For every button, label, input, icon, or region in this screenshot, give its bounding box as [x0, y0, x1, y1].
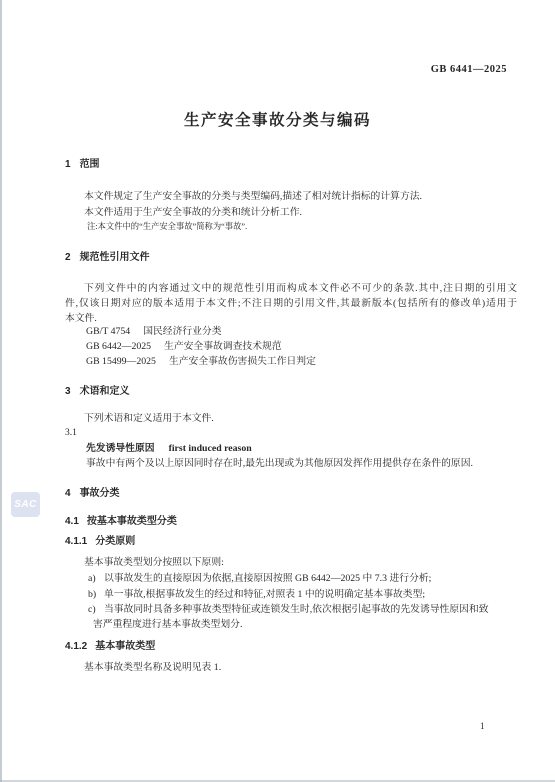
- list-item-text: 单一事故,根据事故发生的经过和特征,对照表 1 中的说明确定基本事故类型;: [104, 589, 425, 600]
- section-number: 4: [65, 488, 71, 499]
- term-chinese: 先发诱导性原因: [86, 443, 155, 454]
- reference-code: GB/T 4754: [86, 326, 130, 337]
- normative-refs-line-3: 本文件.: [65, 312, 517, 325]
- page-number: 1: [480, 720, 485, 732]
- scope-paragraph-1: 本文件规定了生产安全事故的分类与类型编码,描述了相对统计指标的计算方法.: [65, 190, 517, 203]
- reference-item: GB/T 4754国民经济行业分类: [86, 325, 222, 338]
- reference-item: GB 15499—2025生产安全事故伤害损失工作日判定: [86, 355, 316, 368]
- section-4-1-1-heading: 4.1.1分类原则: [65, 535, 135, 548]
- section-4-1-2-heading: 4.1.2基本事故类型: [65, 640, 155, 653]
- list-item-a: a)以事故发生的直接原因为依据,直接原因按照 GB 6442—2025 中 7.…: [88, 572, 518, 585]
- list-item-label: b): [88, 588, 104, 601]
- sac-watermark-text: SAC: [14, 499, 37, 510]
- principles-intro: 基本事故类型划分按照以下原则:: [65, 556, 517, 569]
- section-4-1-heading: 4.1按基本事故类型分类: [65, 515, 177, 528]
- section-number: 4.1.1: [65, 536, 87, 547]
- standard-code: GB 6441—2025: [431, 64, 507, 75]
- term-definition: 事故中有两个及以上原因同时存在时,最先出现或为其他原因发挥作用提供存在条件的原因…: [86, 457, 517, 470]
- list-item-label: c): [88, 603, 104, 616]
- section-number: 4.1.2: [65, 641, 87, 652]
- term-number: 3.1: [65, 427, 77, 440]
- section-3-heading: 3术语和定义: [65, 385, 130, 398]
- section-number: 2: [65, 252, 71, 263]
- section-number: 1: [65, 159, 71, 170]
- list-item-c-continuation: 害严重程度进行基本事故类型划分.: [93, 618, 517, 631]
- scope-note: 注:本文件中的“生产安全事故”简称为“事故”.: [87, 221, 517, 233]
- reference-name: 国民经济行业分类: [143, 326, 221, 337]
- reference-item: GB 6442—2025生产安全事故调查技术规范: [86, 340, 282, 353]
- document-page: SAC GB 6441—2025 生产安全事故分类与编码 1范围 本文件规定了生…: [0, 0, 555, 782]
- section-title: 范围: [80, 159, 100, 170]
- document-title: 生产安全事故分类与编码: [0, 108, 555, 130]
- section-4-heading: 4事故分类: [65, 487, 120, 500]
- scope-paragraph-2: 本文件适用于生产安全事故的分类和统计分析工作.: [65, 206, 517, 219]
- sac-watermark: SAC: [11, 492, 40, 517]
- terms-intro: 下列术语和定义适用于本文件.: [65, 412, 517, 425]
- section-title: 按基本事故类型分类: [87, 516, 177, 527]
- term-heading: 先发诱导性原因first induced reason: [86, 442, 252, 455]
- section-title: 规范性引用文件: [80, 252, 150, 263]
- section-title: 分类原则: [95, 536, 135, 547]
- list-item-b: b)单一事故,根据事故发生的经过和特征,对照表 1 中的说明确定基本事故类型;: [88, 588, 518, 601]
- normative-refs-line-1: 下列文件中的内容通过文中的规范性引用而构成本文件必不可少的条款.其中,注日期的引…: [65, 282, 517, 295]
- reference-name: 生产安全事故伤害损失工作日判定: [169, 356, 316, 367]
- basic-types-paragraph: 基本事故类型名称及说明见表 1.: [65, 661, 517, 674]
- normative-refs-line-2: 件,仅该日期对应的版本适用于本文件;不注日期的引用文件,其最新版本(包括所有的修…: [65, 297, 517, 310]
- term-english: first induced reason: [169, 443, 252, 454]
- section-2-heading: 2规范性引用文件: [65, 251, 150, 264]
- list-item-label: a): [88, 572, 104, 585]
- section-1-heading: 1范围: [65, 158, 100, 171]
- section-number: 3: [65, 386, 71, 397]
- list-item-c: c)当事故同时具备多种事故类型特征或连锁发生时,依次根据引起事故的先发诱导性原因…: [88, 603, 518, 616]
- reference-code: GB 6442—2025: [86, 341, 151, 352]
- section-number: 4.1: [65, 516, 79, 527]
- reference-name: 生产安全事故调查技术规范: [164, 341, 282, 352]
- list-item-text: 当事故同时具备多种事故类型特征或连锁发生时,依次根据引起事故的先发诱导性原因和致: [104, 604, 489, 615]
- list-item-text: 以事故发生的直接原因为依据,直接原因按照 GB 6442—2025 中 7.3 …: [104, 573, 431, 584]
- reference-code: GB 15499—2025: [86, 356, 156, 367]
- section-title: 基本事故类型: [95, 641, 155, 652]
- section-title: 术语和定义: [80, 386, 130, 397]
- section-title: 事故分类: [80, 488, 120, 499]
